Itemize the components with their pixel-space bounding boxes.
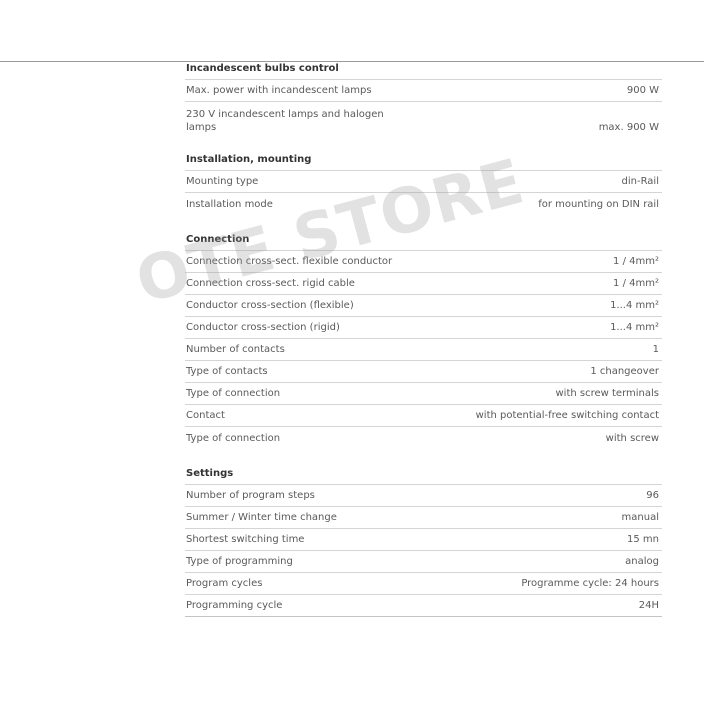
spec-row: Conductor cross-section (flexible) 1...4… xyxy=(185,295,662,317)
spec-row: Program cycles Programme cycle: 24 hours xyxy=(185,573,662,595)
spec-label: Summer / Winter time change xyxy=(186,511,337,528)
spacer xyxy=(185,138,662,149)
spec-row: Connection cross-sect. rigid cable 1 / 4… xyxy=(185,273,662,295)
spec-value: 1...4 mm² xyxy=(610,299,659,316)
spec-value: 24H xyxy=(639,599,659,616)
spec-label: Shortest switching time xyxy=(186,533,304,550)
spec-row: Installation mode for mounting on DIN ra… xyxy=(185,193,662,215)
section-title: Installation, mounting xyxy=(185,149,662,171)
section-title: Connection xyxy=(185,229,662,251)
spec-value: with screw xyxy=(606,432,659,449)
spec-value: with screw terminals xyxy=(556,387,660,404)
spec-row: Max. power with incandescent lamps 900 W xyxy=(185,80,662,102)
spec-row: Type of programming analog xyxy=(185,551,662,573)
spacer xyxy=(185,215,662,229)
section-title: Incandescent bulbs control xyxy=(185,58,662,80)
spec-value: with potential-free switching contact xyxy=(476,409,659,426)
spec-row: Summer / Winter time change manual xyxy=(185,507,662,529)
spec-row: 230 V incandescent lamps and halogen lam… xyxy=(185,102,662,138)
spec-value: din-Rail xyxy=(622,175,660,192)
spec-value: analog xyxy=(625,555,659,572)
spec-row: Shortest switching time 15 mn xyxy=(185,529,662,551)
spec-label: Conductor cross-section (flexible) xyxy=(186,299,354,316)
spec-label: Programming cycle xyxy=(186,599,282,616)
spec-label: Number of contacts xyxy=(186,343,285,360)
spec-value: max. 900 W xyxy=(599,121,659,138)
spec-value: 1 xyxy=(653,343,659,360)
section-title: Settings xyxy=(185,463,662,485)
spec-table: Incandescent bulbs control Max. power wi… xyxy=(185,58,662,617)
spec-label: Type of connection xyxy=(186,387,280,404)
spec-label: Max. power with incandescent lamps xyxy=(186,84,372,101)
spec-label: Type of connection xyxy=(186,432,280,449)
spec-value: for mounting on DIN rail xyxy=(538,198,659,215)
spec-row: Type of connection with screw terminals xyxy=(185,383,662,405)
spec-value: 96 xyxy=(646,489,659,506)
spec-row: Number of contacts 1 xyxy=(185,339,662,361)
spec-value: Programme cycle: 24 hours xyxy=(521,577,659,594)
spec-label: Program cycles xyxy=(186,577,262,594)
spec-value: 1 changeover xyxy=(590,365,659,382)
spec-value: 1 / 4mm² xyxy=(613,277,659,294)
spec-row: Type of connection with screw xyxy=(185,427,662,449)
spec-row: Programming cycle 24H xyxy=(185,595,662,617)
section-installation-mounting: Installation, mounting Mounting type din… xyxy=(185,149,662,215)
spec-value: 1 / 4mm² xyxy=(613,255,659,272)
spec-row: Contact with potential-free switching co… xyxy=(185,405,662,427)
spec-label: Installation mode xyxy=(186,198,273,215)
spec-label: Contact xyxy=(186,409,225,426)
spec-label: Number of program steps xyxy=(186,489,315,506)
section-settings: Settings Number of program steps 96 Summ… xyxy=(185,463,662,617)
spec-label: 230 V incandescent lamps and halogen lam… xyxy=(186,102,396,138)
spec-row: Mounting type din-Rail xyxy=(185,171,662,193)
spec-label: Mounting type xyxy=(186,175,258,192)
spec-label: Conductor cross-section (rigid) xyxy=(186,321,340,338)
spec-label: Connection cross-sect. rigid cable xyxy=(186,277,355,294)
spec-value: 1...4 mm² xyxy=(610,321,659,338)
spec-row: Connection cross-sect. flexible conducto… xyxy=(185,251,662,273)
spec-value: manual xyxy=(622,511,659,528)
section-incandescent-bulbs-control: Incandescent bulbs control Max. power wi… xyxy=(185,58,662,138)
spec-row: Type of contacts 1 changeover xyxy=(185,361,662,383)
section-connection: Connection Connection cross-sect. flexib… xyxy=(185,229,662,449)
spec-label: Type of programming xyxy=(186,555,293,572)
spec-value: 15 mn xyxy=(627,533,659,550)
spacer xyxy=(185,449,662,463)
spec-label: Type of contacts xyxy=(186,365,268,382)
spec-value: 900 W xyxy=(627,84,659,101)
spec-label: Connection cross-sect. flexible conducto… xyxy=(186,255,392,272)
spec-row: Number of program steps 96 xyxy=(185,485,662,507)
spec-row: Conductor cross-section (rigid) 1...4 mm… xyxy=(185,317,662,339)
